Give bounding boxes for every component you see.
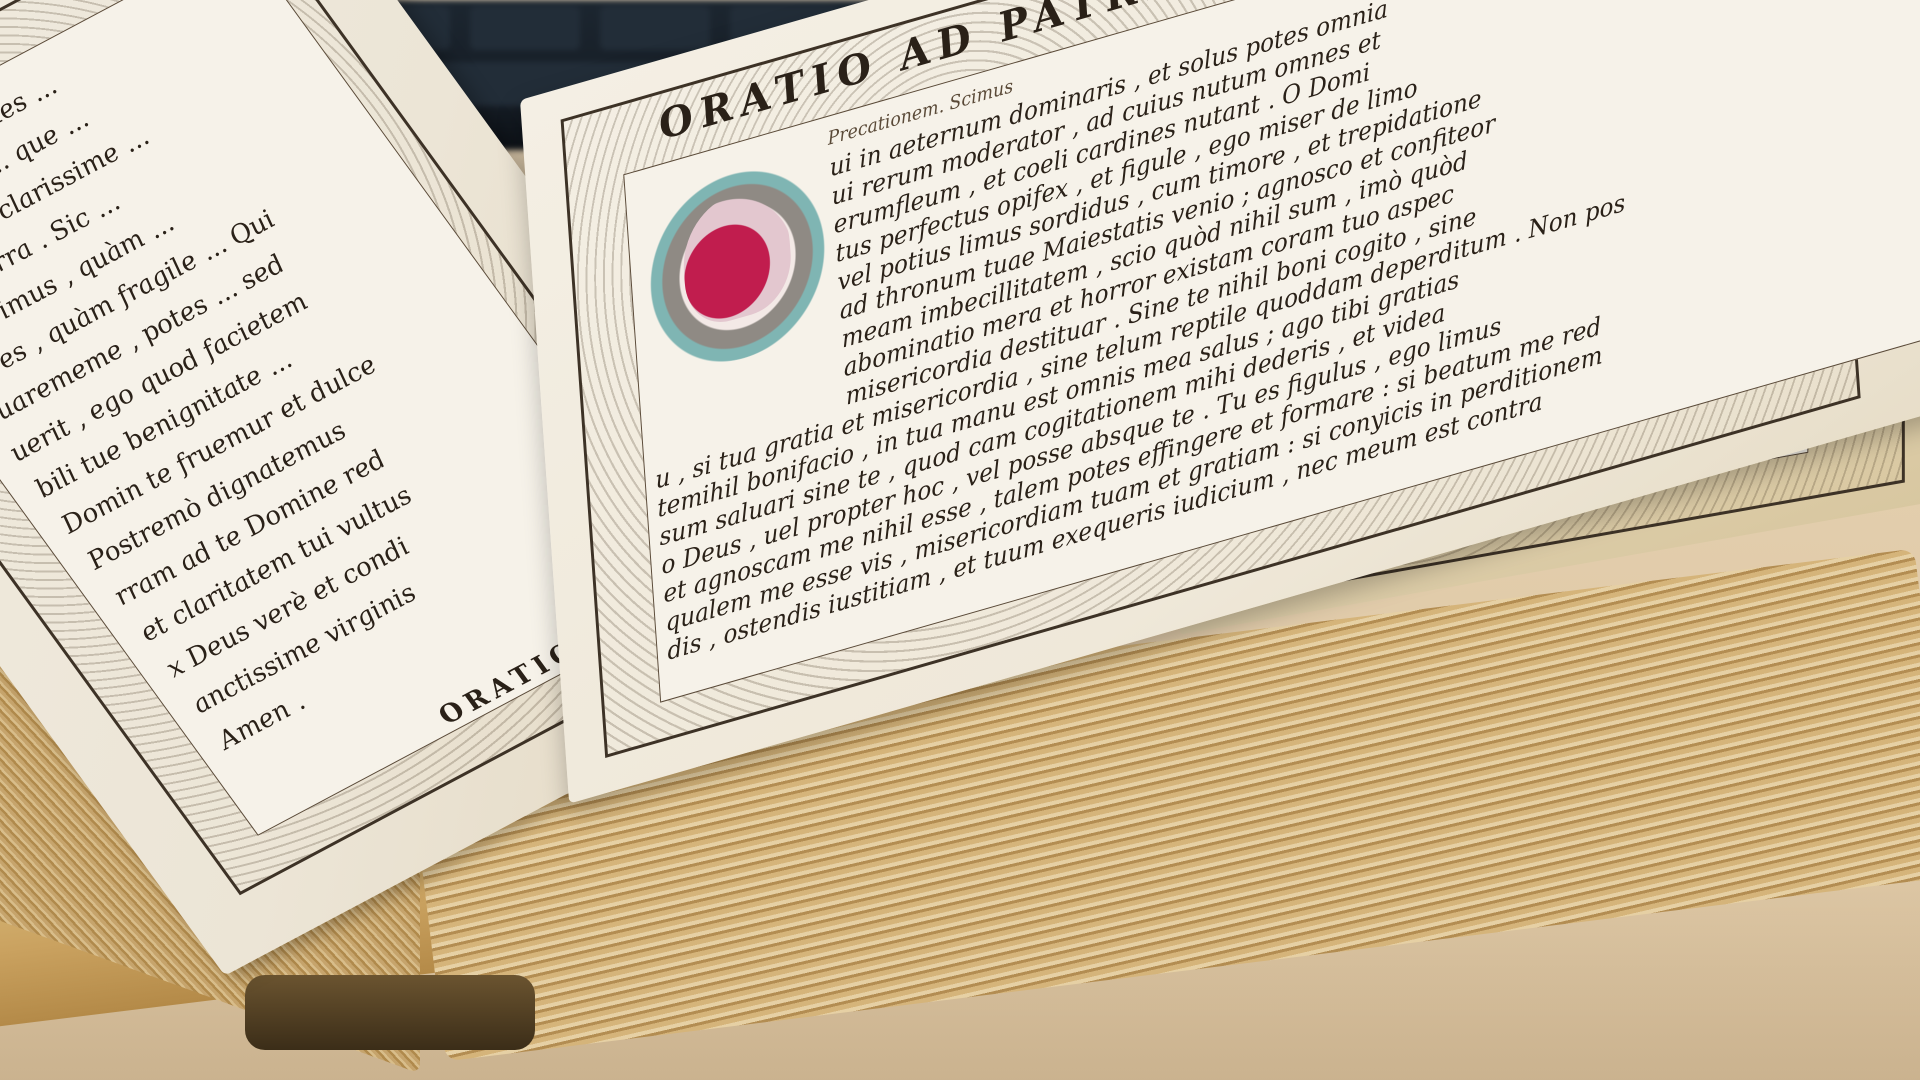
keyboard-key <box>470 6 580 50</box>
figure-of-god-the-father-icon <box>680 180 794 333</box>
book-spine-headband <box>245 975 535 1050</box>
keyboard-key <box>600 6 710 50</box>
